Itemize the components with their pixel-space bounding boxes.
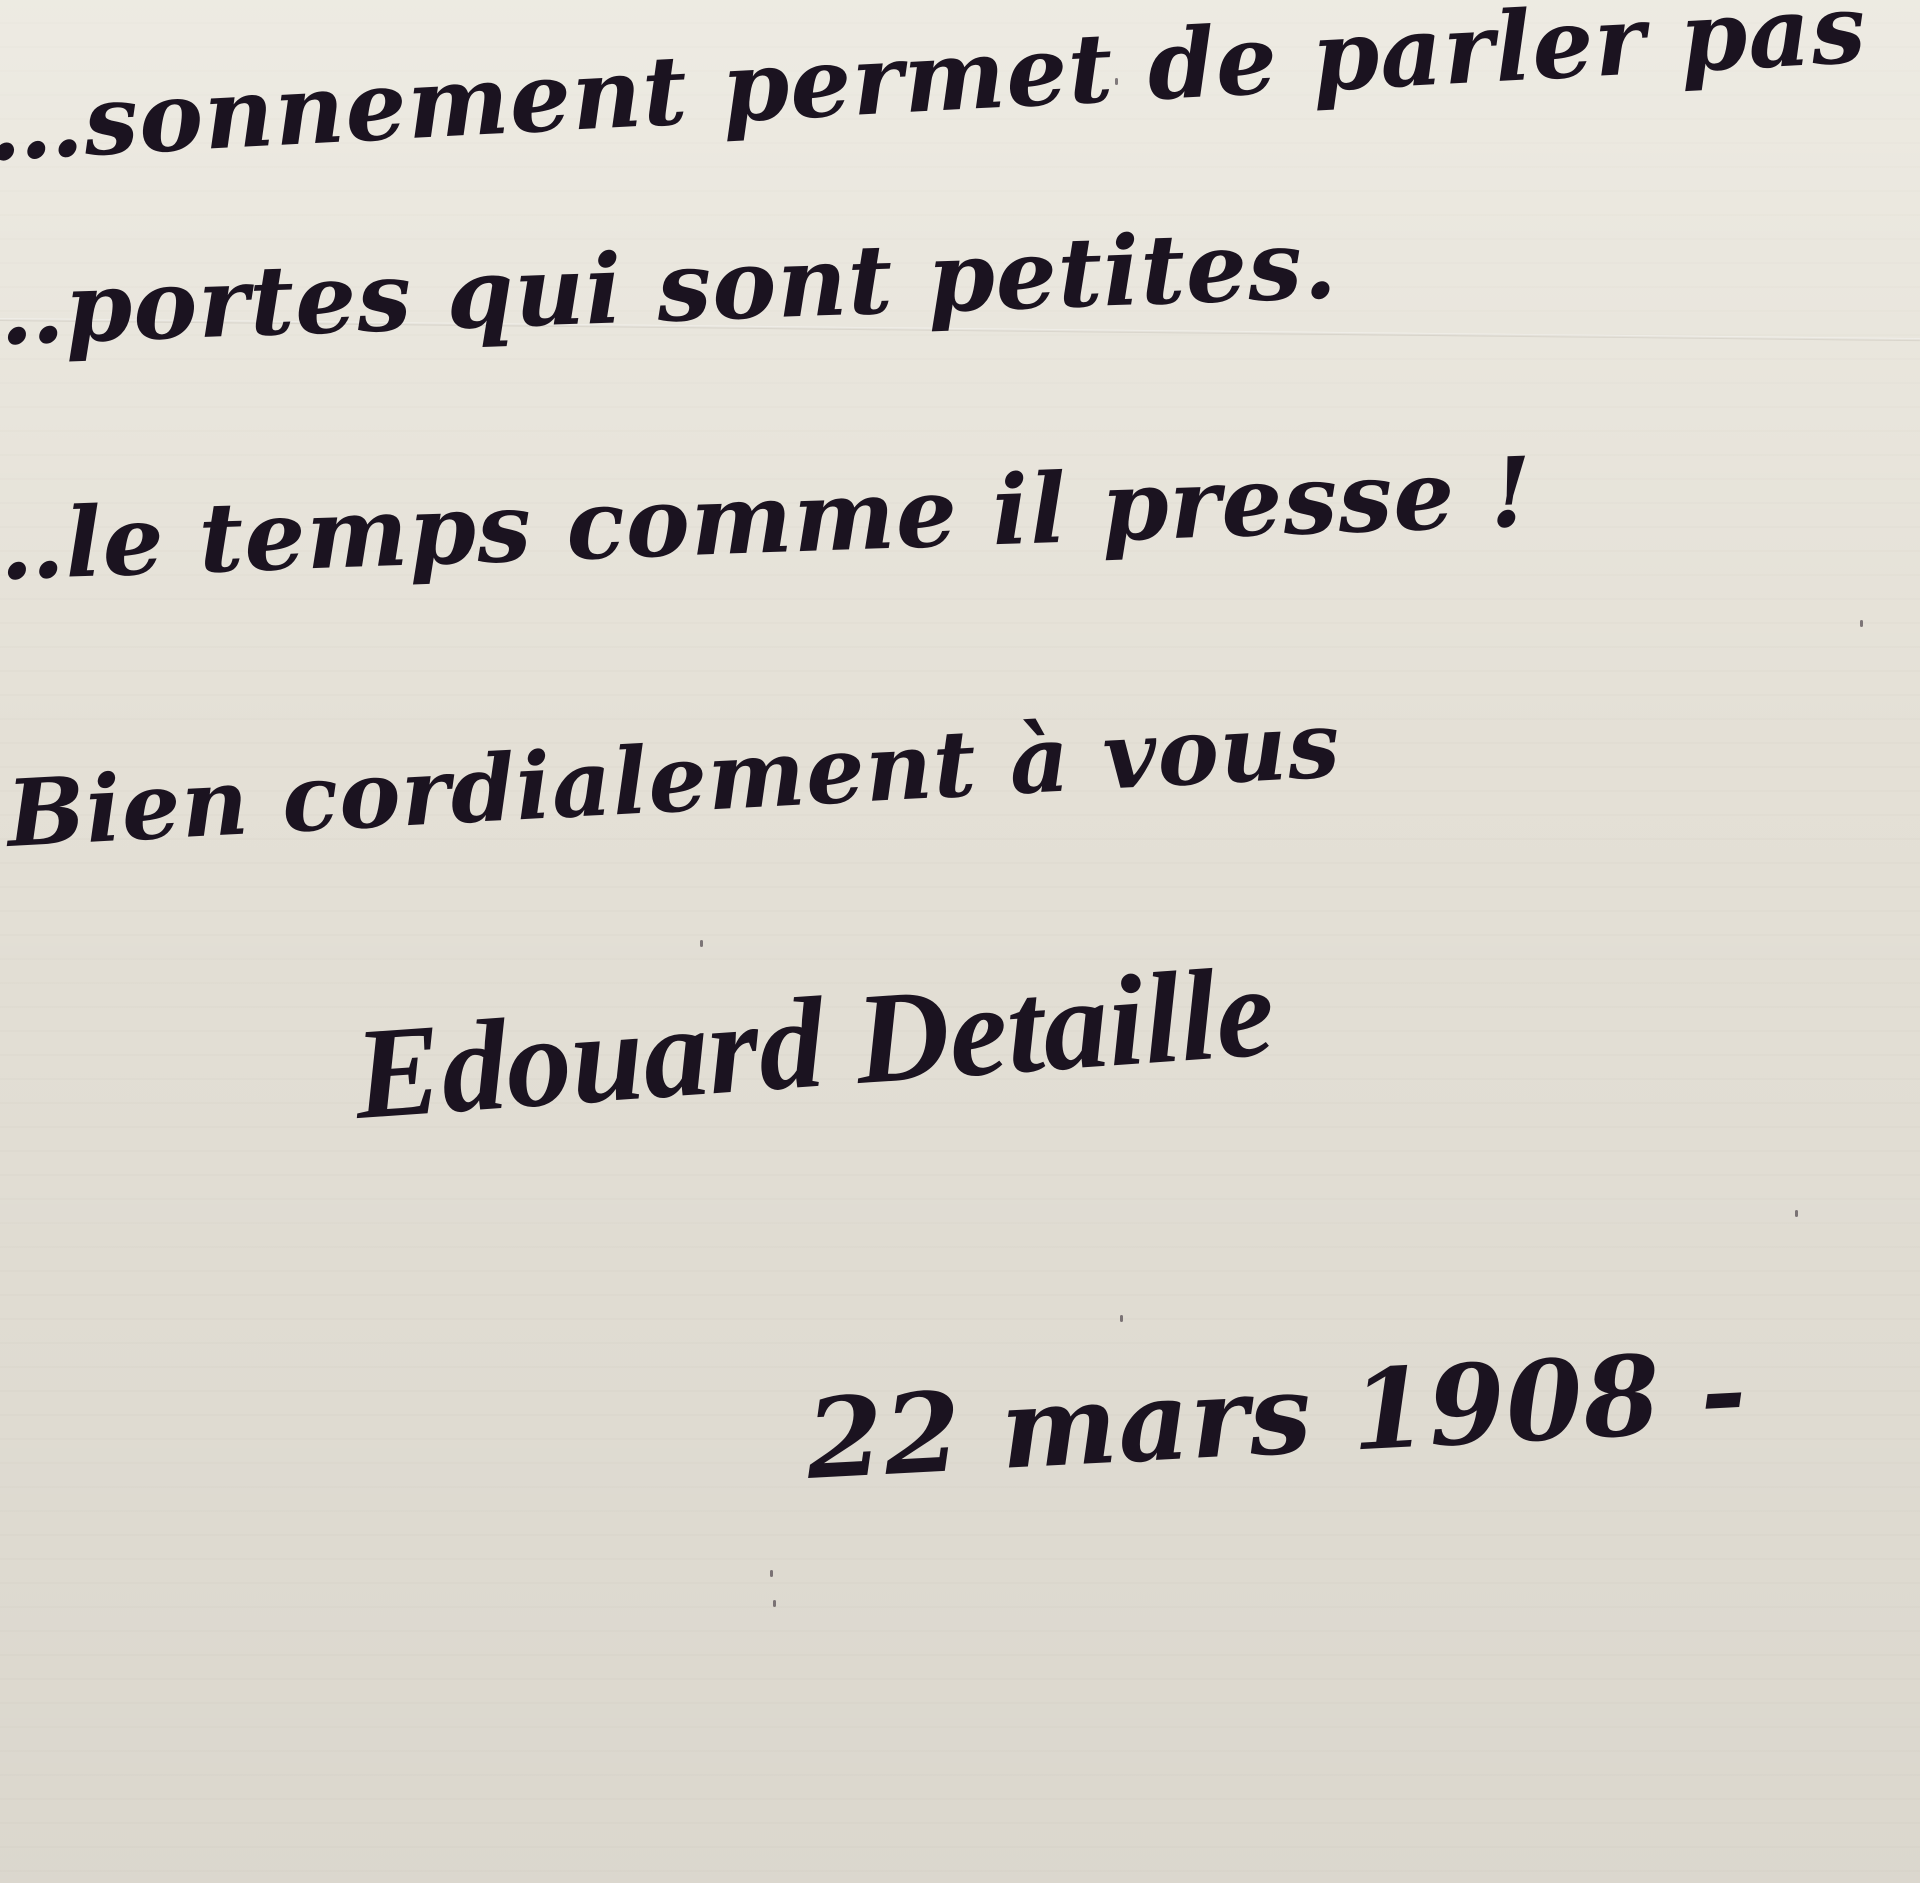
ink-speck	[1795, 1210, 1798, 1217]
ink-speck	[1120, 1315, 1123, 1322]
ink-speck	[1115, 78, 1118, 85]
ink-speck	[770, 1570, 773, 1577]
letter-line-3: …le temps comme il presse !	[0, 435, 1535, 603]
ink-speck	[773, 1600, 776, 1607]
letter-line-1: …sonnement permet de parler pas	[0, 0, 1869, 183]
closing-line: Bien cordialement à vous	[4, 690, 1343, 868]
signature: Edouard Detaille	[350, 936, 1279, 1150]
ink-speck	[700, 940, 703, 947]
ink-speck	[1860, 620, 1863, 627]
letter-date: 22 mars 1908 -	[803, 1326, 1750, 1504]
letter-line-2: …portes qui sont petites.	[0, 207, 1339, 368]
letter-page: …sonnement permet de parler pas …portes …	[0, 0, 1920, 1883]
